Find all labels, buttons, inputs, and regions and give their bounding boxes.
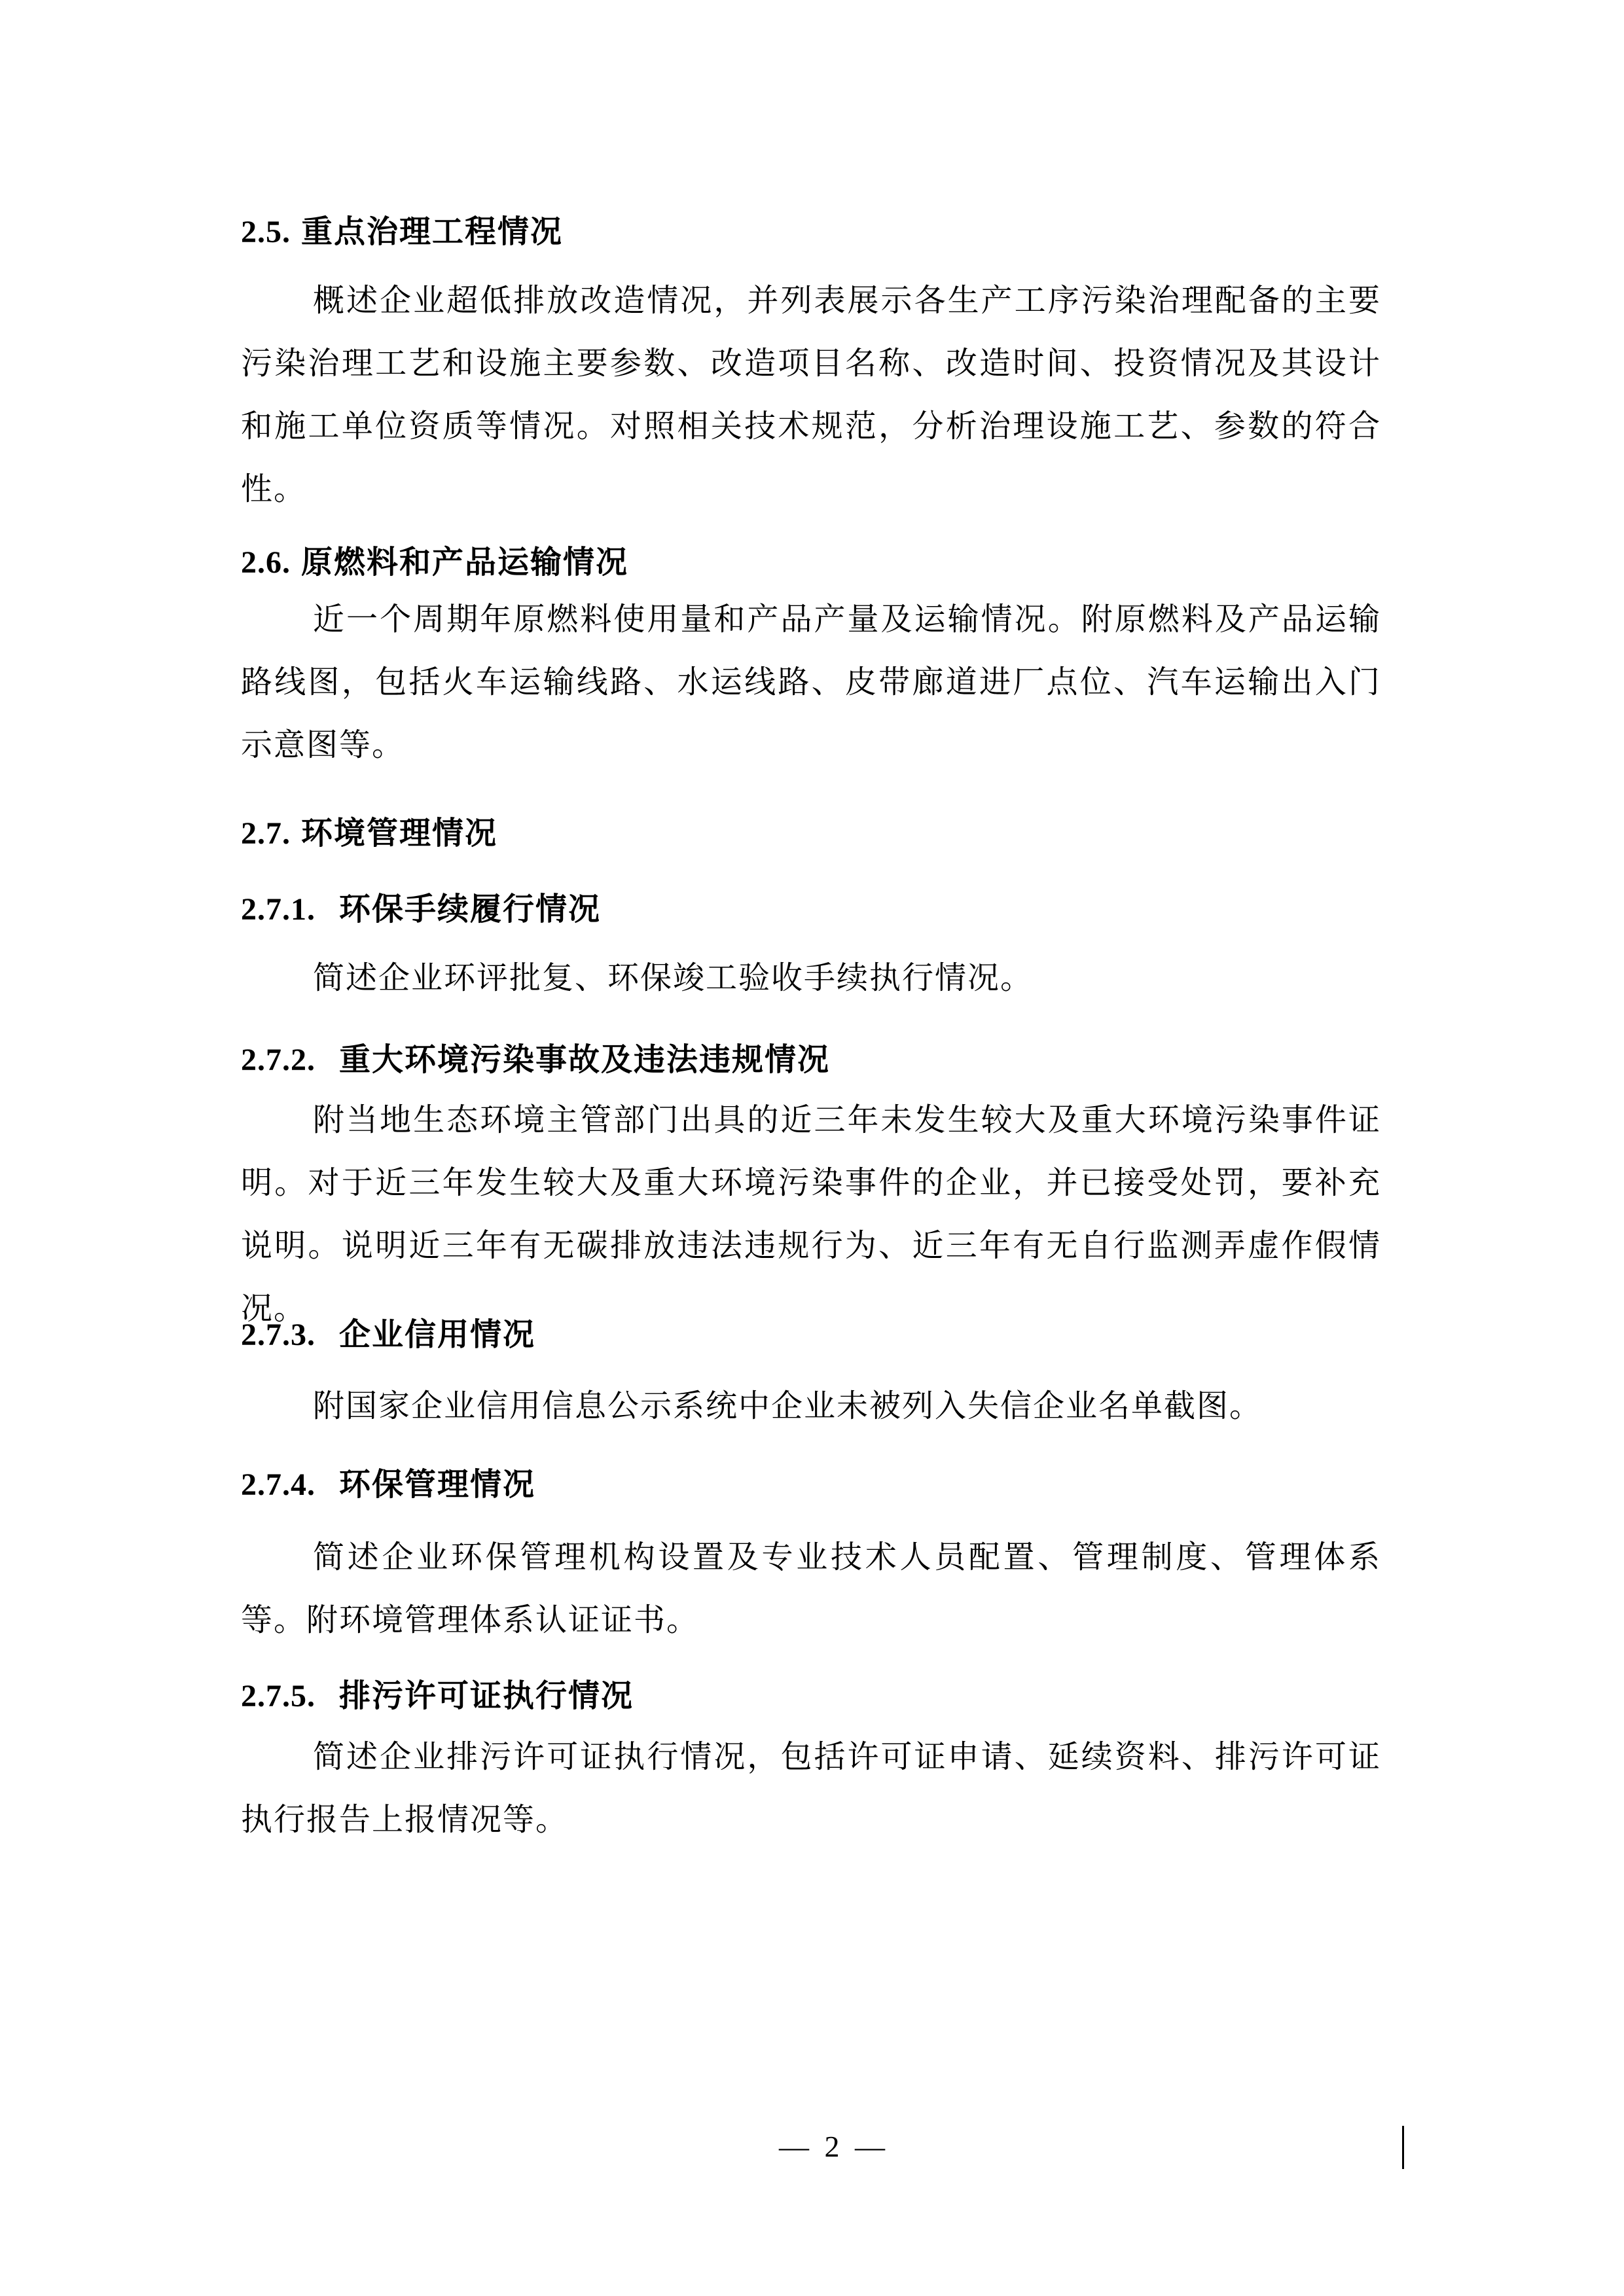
section-title: 环保手续履行情况 xyxy=(339,892,601,927)
section-heading-2-6: 2.6.原燃料和产品运输情况 xyxy=(241,531,1406,594)
section-number: 2.7.1. xyxy=(241,892,316,927)
section-title: 企业信用情况 xyxy=(339,1318,535,1352)
section-title: 原燃料和产品运输情况 xyxy=(301,545,628,580)
section-number: 2.7.4. xyxy=(241,1467,316,1502)
section-title: 重点治理工程情况 xyxy=(301,215,563,249)
section-heading-2-7-3: 2.7.3.企业信用情况 xyxy=(241,1304,1406,1367)
section-heading-2-5: 2.5.重点治理工程情况 xyxy=(241,201,1406,264)
section-paragraph-2-7-5: 简述企业排污许可证执行情况，包括许可证申请、延续资料、排污许可证执行报告上报情况… xyxy=(241,1726,1381,1852)
margin-mark-line xyxy=(1402,2126,1404,2169)
section-paragraph-2-7-3: 附国家企业信用信息公示系统中企业未被列入失信企业名单截图。 xyxy=(241,1375,1381,1438)
section-title: 环境管理情况 xyxy=(301,816,497,851)
section-paragraph-2-5: 概述企业超低排放改造情况，并列表展示各生产工序污染治理配备的主要污染治理工艺和设… xyxy=(241,270,1381,521)
page-number-footer: — 2 — xyxy=(779,2127,889,2166)
section-paragraph-2-7-1: 简述企业环评批复、环保竣工验收手续执行情况。 xyxy=(241,947,1381,1010)
section-number: 2.6. xyxy=(241,545,291,580)
section-number: 2.5. xyxy=(241,215,291,249)
section-heading-2-7-5: 2.7.5.排污许可证执行情况 xyxy=(241,1665,1406,1728)
section-heading-2-7: 2.7.环境管理情况 xyxy=(241,802,1406,865)
section-number: 2.7.2. xyxy=(241,1043,316,1077)
section-heading-2-7-2: 2.7.2.重大环境污染事故及违法违规情况 xyxy=(241,1029,1406,1092)
section-title: 环保管理情况 xyxy=(339,1467,535,1502)
section-number: 2.7.3. xyxy=(241,1318,316,1352)
section-heading-2-7-1: 2.7.1.环保手续履行情况 xyxy=(241,878,1406,941)
section-title: 重大环境污染事故及违法违规情况 xyxy=(339,1043,830,1077)
section-title: 排污许可证执行情况 xyxy=(339,1679,634,1713)
section-number: 2.7.5. xyxy=(241,1679,316,1713)
section-heading-2-7-4: 2.7.4.环保管理情况 xyxy=(241,1454,1406,1516)
section-paragraph-2-6: 近一个周期年原燃料使用量和产品产量及运输情况。附原燃料及产品运输路线图，包括火车… xyxy=(241,588,1381,777)
section-paragraph-2-7-4: 简述企业环保管理机构设置及专业技术人员配置、管理制度、管理体系等。附环境管理体系… xyxy=(241,1526,1381,1652)
section-paragraph-2-7-2: 附当地生态环境主管部门出具的近三年未发生较大及重大环境污染事件证明。对于近三年发… xyxy=(241,1089,1381,1340)
document-page: 2.5.重点治理工程情况 概述企业超低排放改造情况，并列表展示各生产工序污染治理… xyxy=(0,0,1624,2296)
section-number: 2.7. xyxy=(241,816,291,851)
